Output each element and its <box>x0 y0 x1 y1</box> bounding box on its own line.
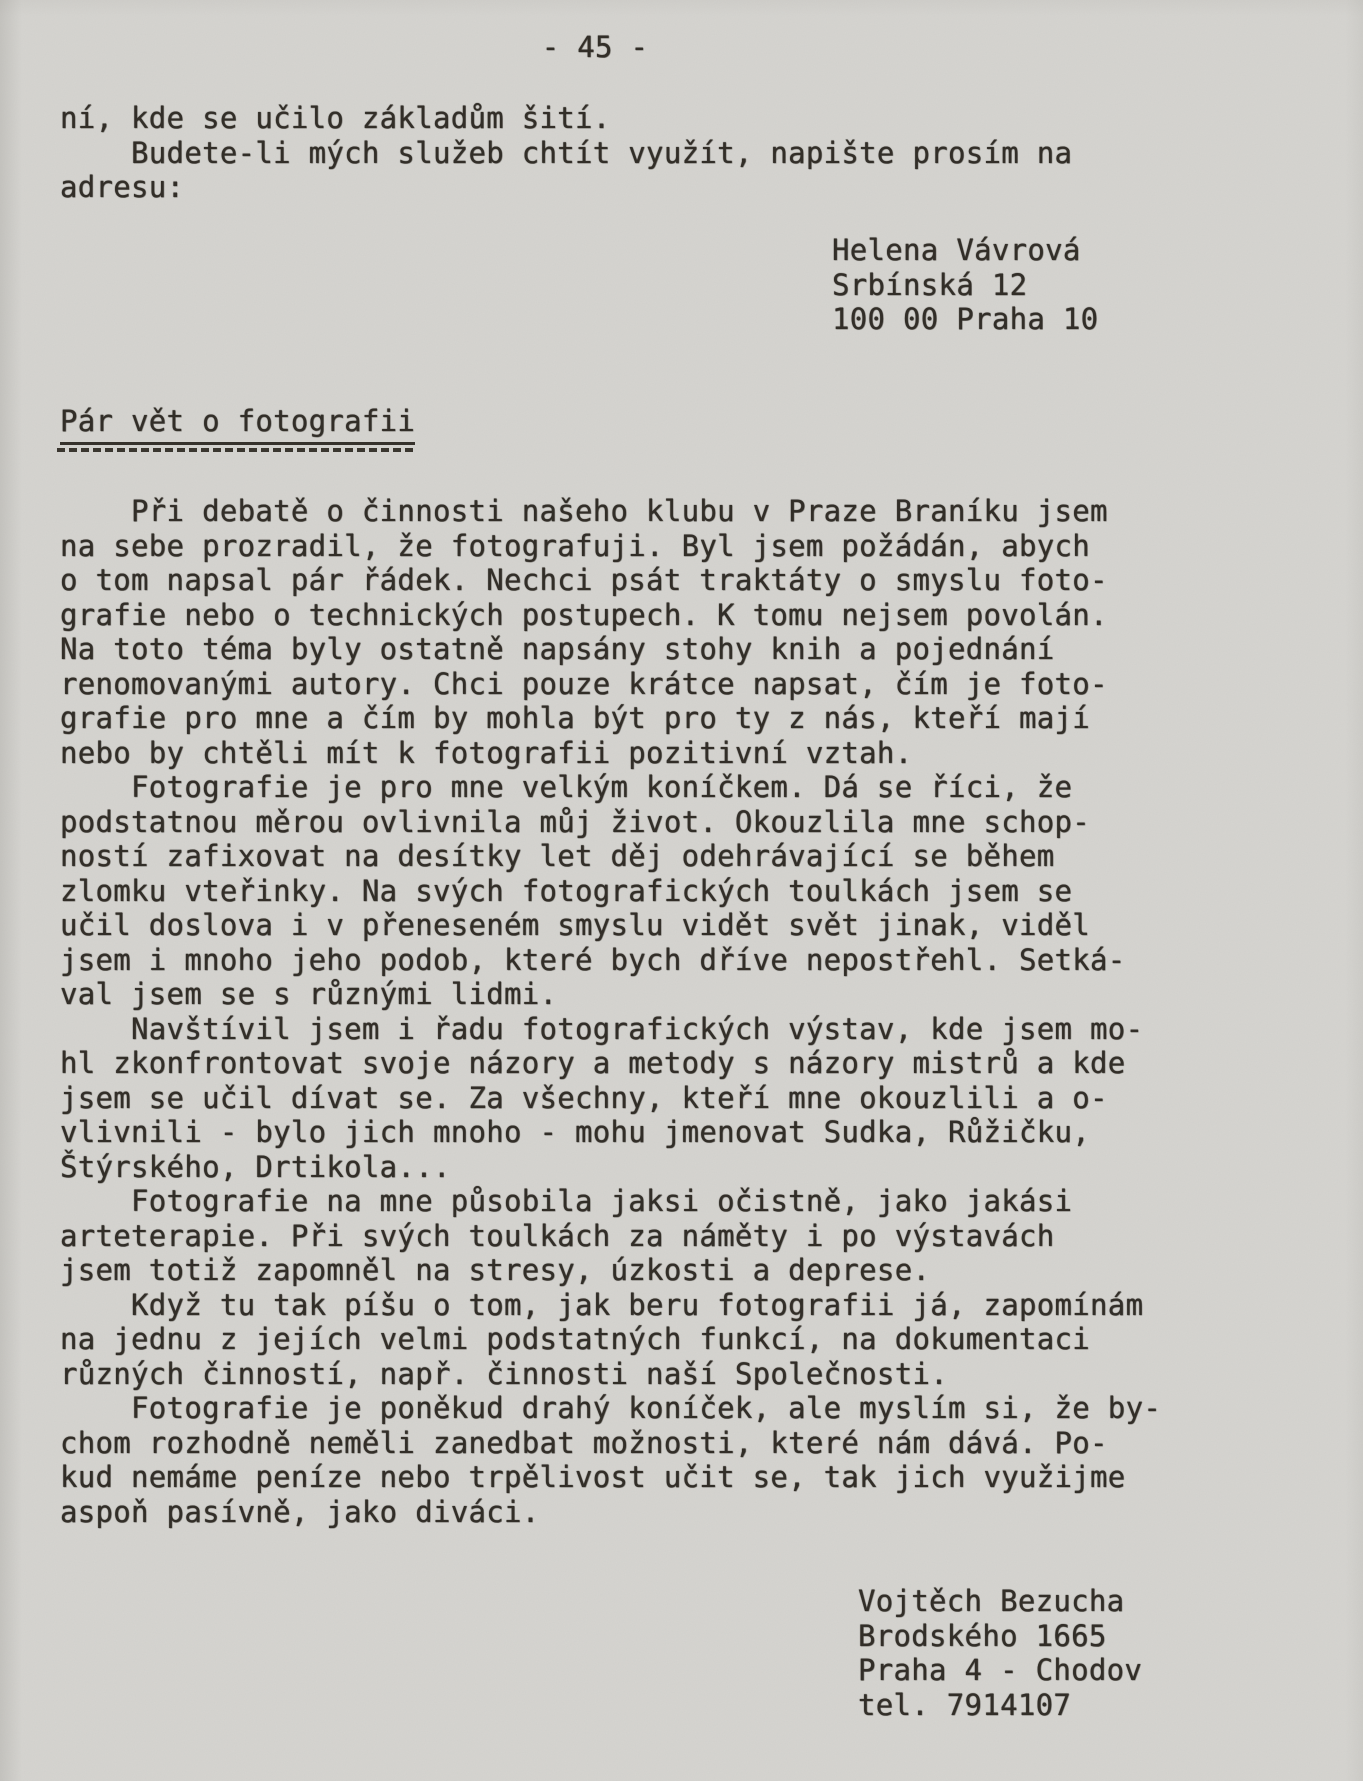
text-line: jsem totiž zapomněl na stresy, úzkosti a… <box>60 1253 1161 1288</box>
text-line: grafie nebo o technických postupech. K t… <box>60 598 1161 633</box>
text-line: ností zafixovat na desítky let děj odehr… <box>60 839 1161 874</box>
article-body: Při debatě o činnosti našeho klubu v Pra… <box>60 494 1161 1529</box>
text-line: Na toto téma byly ostatně napsány stohy … <box>60 632 1161 667</box>
text-line: jsem se učil dívat se. Za všechny, kteří… <box>60 1081 1161 1116</box>
text-line: o tom napsal pár řádek. Nechci psát trak… <box>60 563 1161 598</box>
text-line: učil doslova i v přeneseném smyslu vidět… <box>60 908 1161 943</box>
text-line: různých činností, např. činnosti naší Sp… <box>60 1357 1161 1392</box>
signature-address-block: Vojtěch Bezucha Brodského 1665 Praha 4 -… <box>858 1584 1142 1722</box>
text-line: Budete-li mých služeb chtít využít, napi… <box>60 136 1072 171</box>
text-line: aspoň pasívně, jako diváci. <box>60 1495 1161 1530</box>
text-line: chom rozhodně neměli zanedbat možnosti, … <box>60 1426 1161 1461</box>
signature-street: Brodského 1665 <box>858 1619 1142 1654</box>
contact-street: Srbínská 12 <box>832 268 1098 303</box>
text-line: na sebe prozradil, že fotografuji. Byl j… <box>60 529 1161 564</box>
text-line: hl zkonfrontovat svoje názory a metody s… <box>60 1046 1161 1081</box>
text-line: podstatnou měrou ovlivnila můj život. Ok… <box>60 805 1161 840</box>
text-line: Fotografie je poněkud drahý koníček, ale… <box>60 1391 1161 1426</box>
page-number: - 45 - <box>0 30 1190 65</box>
intro-paragraph: ní, kde se učilo základům šití. Budete-l… <box>60 101 1072 205</box>
signature-city: Praha 4 - Chodov <box>858 1653 1142 1688</box>
text-line: Fotografie na mne působila jaksi očistně… <box>60 1184 1161 1219</box>
text-line: vlivnili - bylo jich mnoho - mohu jmenov… <box>60 1115 1161 1150</box>
text-line: adresu: <box>60 170 1072 205</box>
article-heading: Pár vět o fotografii <box>60 404 415 452</box>
text-line: val jsem se s různými lidmi. <box>60 977 1161 1012</box>
contact-address-block: Helena Vávrová Srbínská 12 100 00 Praha … <box>832 233 1098 337</box>
text-line: grafie pro mne a čím by mohla být pro ty… <box>60 701 1161 736</box>
text-line: Fotografie je pro mne velkým koníčkem. D… <box>60 770 1161 805</box>
title-dashed-underline <box>57 448 413 452</box>
text-line: jsem i mnoho jeho podob, které bych dřív… <box>60 943 1161 978</box>
text-line: Navštívil jsem i řadu fotografických výs… <box>60 1012 1161 1047</box>
text-line: Při debatě o činnosti našeho klubu v Pra… <box>60 494 1161 529</box>
signature-name: Vojtěch Bezucha <box>858 1584 1142 1619</box>
signature-phone: tel. 7914107 <box>858 1688 1142 1723</box>
text-line: na jednu z jejích velmi podstatných funk… <box>60 1322 1161 1357</box>
text-line: arteterapie. Při svých toulkách za námět… <box>60 1219 1161 1254</box>
contact-city: 100 00 Praha 10 <box>832 302 1098 337</box>
text-line: nebo by chtěli mít k fotografii pozitivn… <box>60 736 1161 771</box>
article-title: Pár vět o fotografii <box>60 404 415 445</box>
text-line: renomovanými autory. Chci pouze krátce n… <box>60 667 1161 702</box>
text-line: kud nemáme peníze nebo trpělivost učit s… <box>60 1460 1161 1495</box>
text-line: zlomku vteřinky. Na svých fotografických… <box>60 874 1161 909</box>
text-line: ní, kde se učilo základům šití. <box>60 101 1072 136</box>
text-line: Když tu tak píšu o tom, jak beru fotogra… <box>60 1288 1161 1323</box>
document-page: - 45 - ní, kde se učilo základům šití. B… <box>0 0 1363 1781</box>
contact-name: Helena Vávrová <box>832 233 1098 268</box>
text-line: Štýrského, Drtikola... <box>60 1150 1161 1185</box>
